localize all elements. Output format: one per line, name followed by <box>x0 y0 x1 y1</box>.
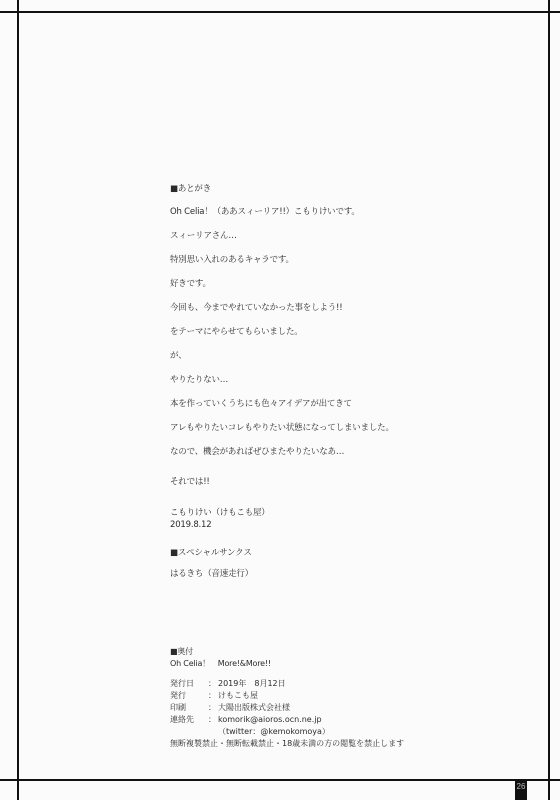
colophon-sep: ： <box>208 678 218 689</box>
trim-line-left <box>17 0 19 800</box>
colophon-twitter: （twitter：@kemokomoya） <box>218 727 330 736</box>
afterword-line: 今回も、今までやれていなかった事をしよう!! <box>170 303 342 314</box>
afterword-line: やりたりない… <box>170 375 228 386</box>
afterword-line: アレもやりたいコレもやりたい状態になってしまいました。 <box>170 423 394 434</box>
colophon-key: 印刷 <box>170 702 208 713</box>
afterword-line: が、 <box>170 351 187 362</box>
colophon-key: 発行日 <box>170 678 208 689</box>
page-number: 26 <box>515 781 527 800</box>
colophon-value: 大陽出版株式会社様 <box>218 703 290 712</box>
colophon-row: 印刷：大陽出版株式会社様 <box>170 702 290 713</box>
colophon-sep: ： <box>208 690 218 701</box>
afterword-line: なので、機会があればぜひまたやりたいなあ… <box>170 447 344 458</box>
special-thanks-name: はるきち（音速走行） <box>170 569 253 580</box>
colophon-email: komorik@aioros.ocn.ne.jp <box>218 715 322 724</box>
trim-line-top <box>0 11 560 13</box>
book-page: ■あとがき Oh Celia！（ああスィーリア!!）こもりけいです。 スィーリア… <box>0 0 560 800</box>
colophon-notice: 無断複製禁止・無断転載禁止・18歳未満の方の閲覧を禁止します <box>170 738 404 749</box>
colophon-value: 2019年 8月12日 <box>218 679 286 688</box>
colophon-row: 発行日：2019年 8月12日 <box>170 678 286 689</box>
afterword-signature: こもりけい（けもこも屋） <box>170 508 270 519</box>
afterword-date: 2019.8.12 <box>170 520 211 531</box>
afterword-line: 好きです。 <box>170 279 211 290</box>
afterword-heading: ■あとがき <box>170 184 211 195</box>
colophon-key: 発行 <box>170 690 208 701</box>
colophon-key: 連絡先 <box>170 714 208 725</box>
colophon-row: （twitter：@kemokomoya） <box>170 726 330 737</box>
colophon-sep: ： <box>208 702 218 713</box>
colophon-title: Oh Celia！ More!&More!! <box>170 658 271 669</box>
colophon-sep: ： <box>208 714 218 725</box>
afterword-line: スィーリアさん… <box>170 231 237 242</box>
trim-line-bottom <box>0 779 560 781</box>
special-thanks-heading: ■スペシャルサンクス <box>170 548 252 559</box>
afterword-line: 本を作っていくうちにも色々アイデアが出てきて <box>170 399 352 410</box>
colophon-value: けもこも屋 <box>218 691 258 700</box>
afterword-line: Oh Celia！（ああスィーリア!!）こもりけいです。 <box>170 207 360 218</box>
afterword-line: をテーマにやらせてもらいました。 <box>170 327 303 338</box>
colophon-row: 発行：けもこも屋 <box>170 690 258 701</box>
afterword-line: 特別思い入れのあるキャラです。 <box>170 255 294 266</box>
colophon-row: 連絡先：komorik@aioros.ocn.ne.jp <box>170 714 322 725</box>
afterword-line: それでは!! <box>170 477 210 488</box>
colophon-heading: ■奥付 <box>170 646 193 657</box>
trim-line-right <box>548 0 550 800</box>
